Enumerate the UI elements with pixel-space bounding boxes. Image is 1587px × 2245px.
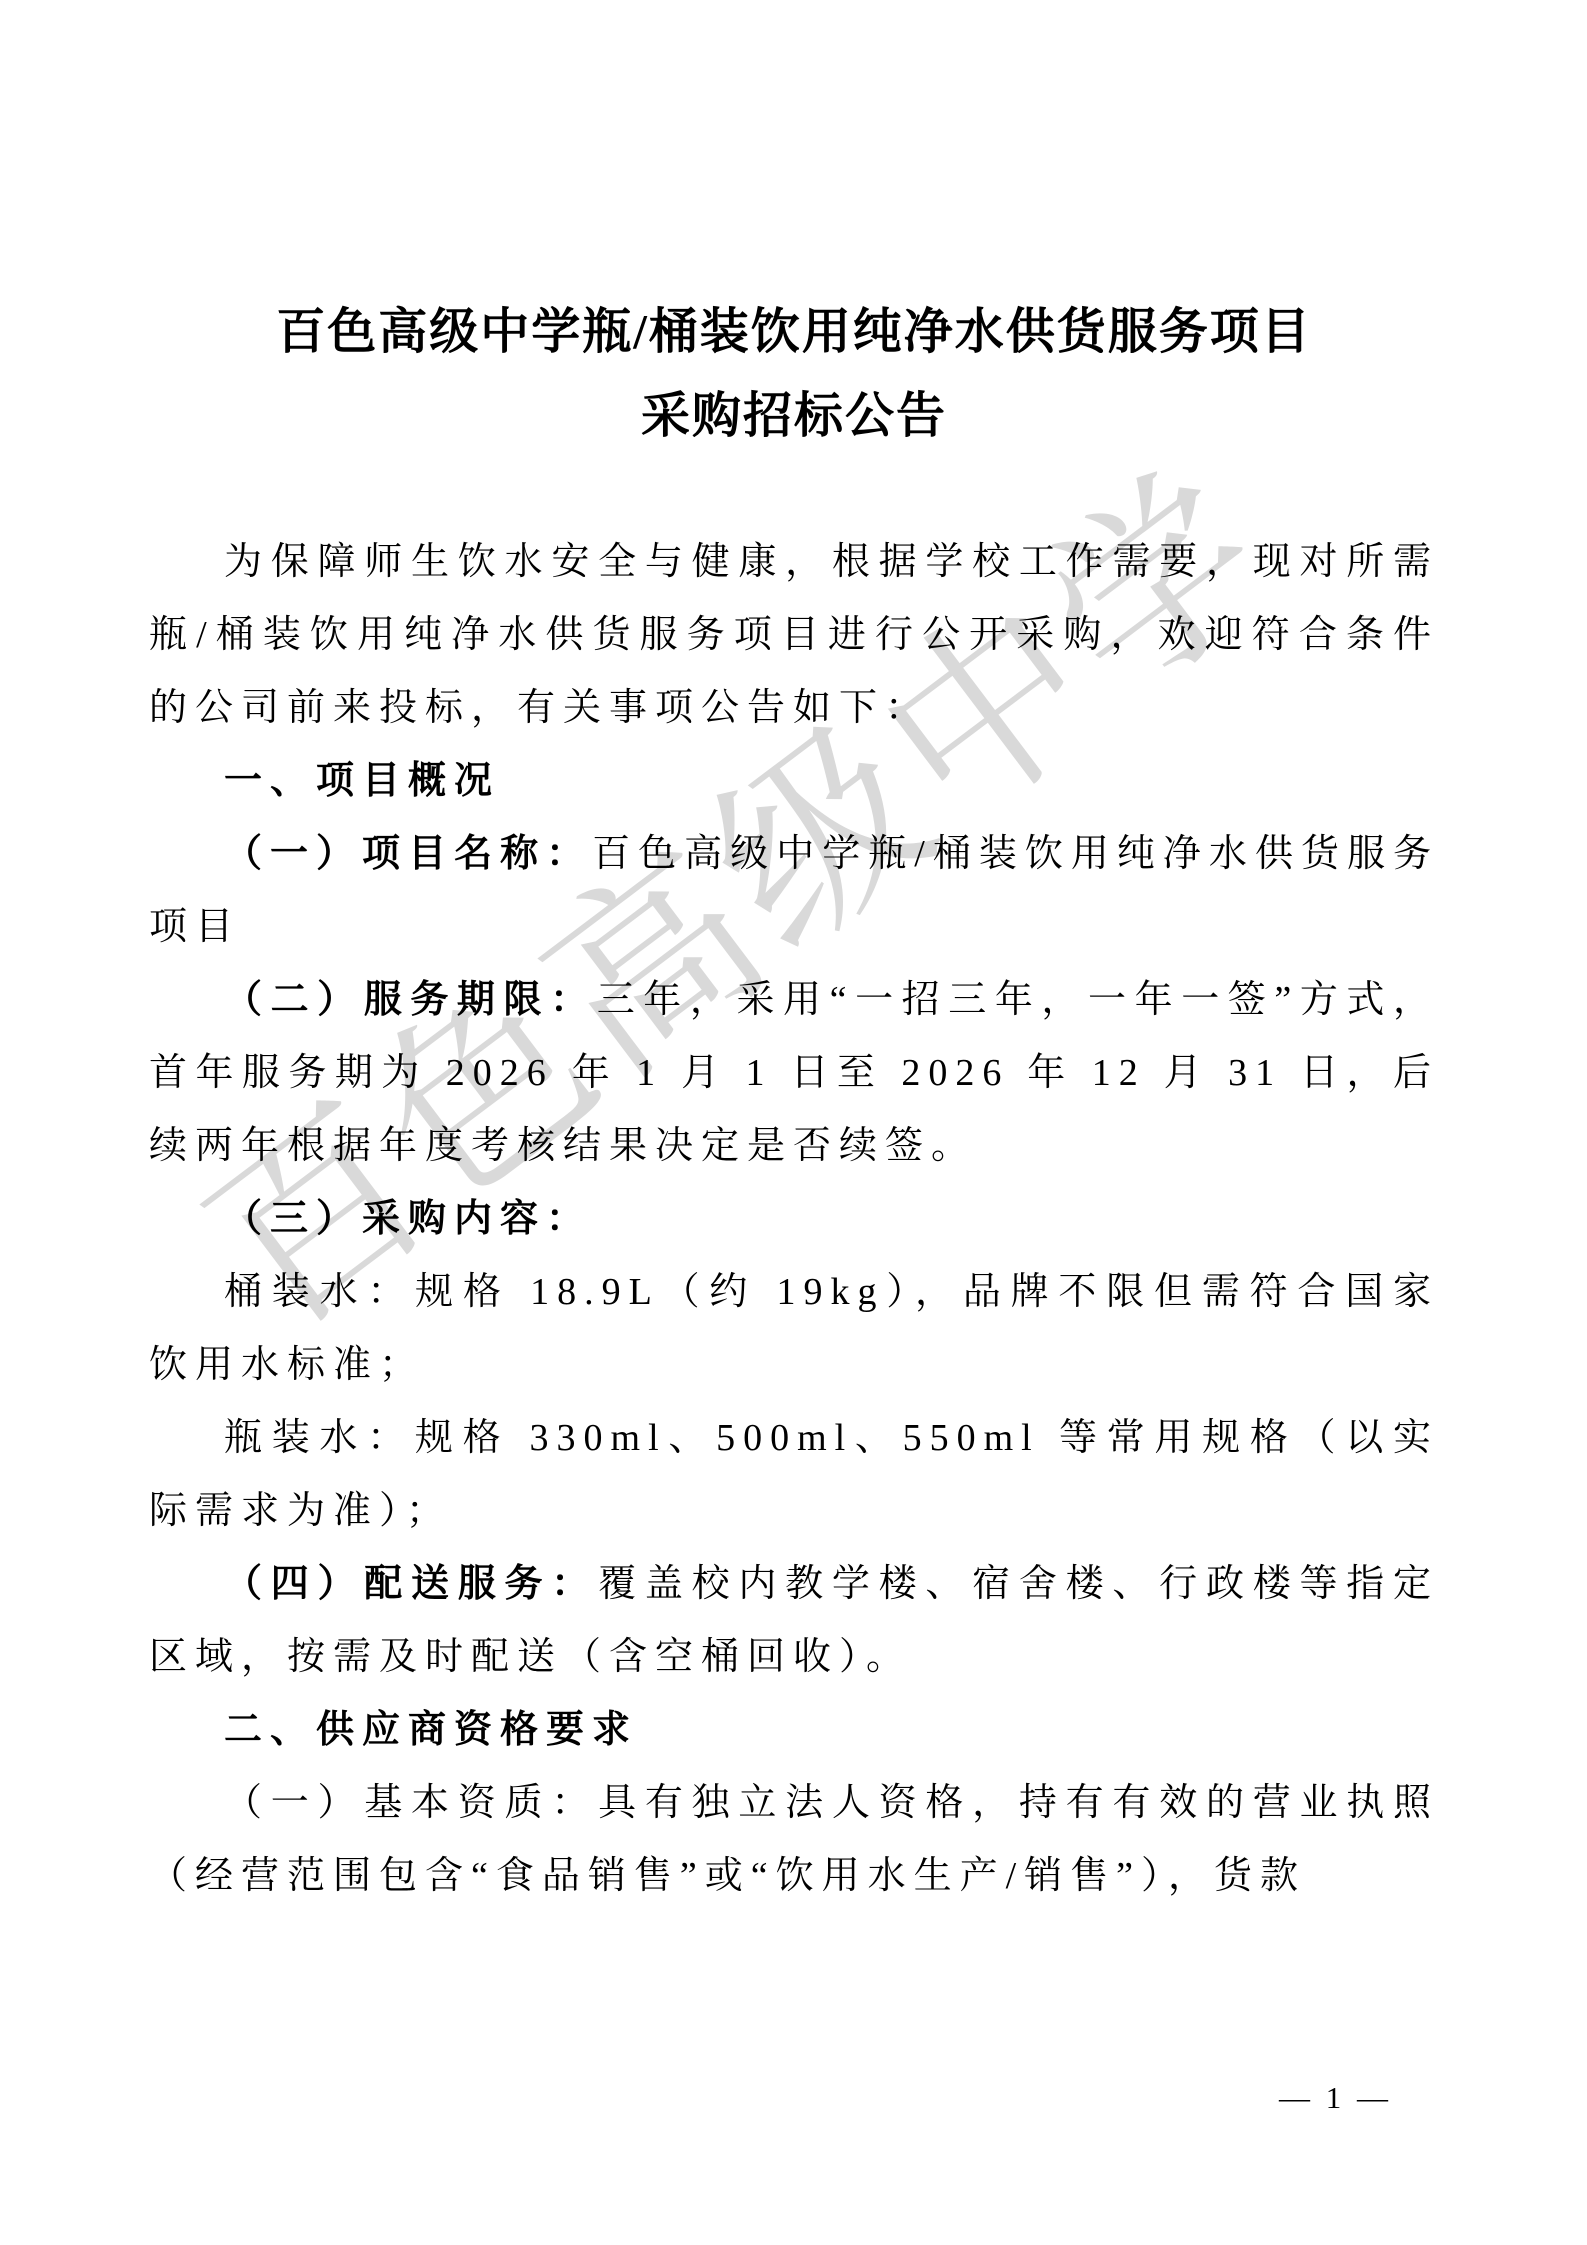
bold-run: 二、供应商资格要求 xyxy=(224,1709,638,1751)
title-line-2: 采购招标公告 xyxy=(149,374,1439,458)
document-body: 为保障师生饮水安全与健康，根据学校工作需要，现对所需瓶/桶装饮用纯净水供货服务项… xyxy=(149,526,1439,1913)
document-page: 百色高级中学 百色高级中学瓶/桶装饮用纯净水供货服务项目 采购招标公告 为保障师… xyxy=(0,0,1587,2245)
text-run: 桶装水：规格 18.9L（约 19kg），品牌不限但需符合国家饮用水标准； xyxy=(149,1271,1439,1386)
paragraph: 桶装水：规格 18.9L（约 19kg），品牌不限但需符合国家饮用水标准； xyxy=(149,1256,1439,1402)
page-number: — 1 — xyxy=(1279,2080,1392,2116)
text-run: 瓶装水：规格 330ml、500ml、550ml 等常用规格（以实际需求为准）； xyxy=(149,1417,1439,1532)
title-line-1: 百色高级中学瓶/桶装饮用纯净水供货服务项目 xyxy=(149,290,1439,374)
bold-run: （二）服务期限： xyxy=(224,979,597,1021)
paragraph: （一）基本资质：具有独立法人资格，持有有效的营业执照（经营范围包含“食品销售”或… xyxy=(149,1767,1439,1913)
document-title: 百色高级中学瓶/桶装饮用纯净水供货服务项目 采购招标公告 xyxy=(149,290,1439,458)
bold-run: （三）采购内容： xyxy=(224,1198,592,1240)
paragraph: （三）采购内容： xyxy=(149,1183,1439,1256)
section-heading: 一、项目概况 xyxy=(149,745,1439,818)
paragraph: （一）项目名称：百色高级中学瓶/桶装饮用纯净水供货服务项目 xyxy=(149,818,1439,964)
text-run: 为保障师生饮水安全与健康，根据学校工作需要，现对所需瓶/桶装饮用纯净水供货服务项… xyxy=(149,541,1439,729)
bold-run: （一）项目名称： xyxy=(224,833,592,875)
text-run: （一）基本资质：具有独立法人资格，持有有效的营业执照（经营范围包含“食品销售”或… xyxy=(149,1782,1439,1897)
section-heading: 二、供应商资格要求 xyxy=(149,1694,1439,1767)
paragraph: （四）配送服务：覆盖校内教学楼、宿舍楼、行政楼等指定区域，按需及时配送（含空桶回… xyxy=(149,1548,1439,1694)
bold-run: （四）配送服务： xyxy=(224,1563,598,1605)
paragraph: 为保障师生饮水安全与健康，根据学校工作需要，现对所需瓶/桶装饮用纯净水供货服务项… xyxy=(149,526,1439,745)
paragraph: 瓶装水：规格 330ml、500ml、550ml 等常用规格（以实际需求为准）； xyxy=(149,1402,1439,1548)
paragraph: （二）服务期限：三年，采用“一招三年，一年一签”方式，首年服务期为 2026 年… xyxy=(149,964,1439,1183)
document-content: 百色高级中学瓶/桶装饮用纯净水供货服务项目 采购招标公告 为保障师生饮水安全与健… xyxy=(149,0,1439,1913)
bold-run: 一、项目概况 xyxy=(224,760,500,802)
